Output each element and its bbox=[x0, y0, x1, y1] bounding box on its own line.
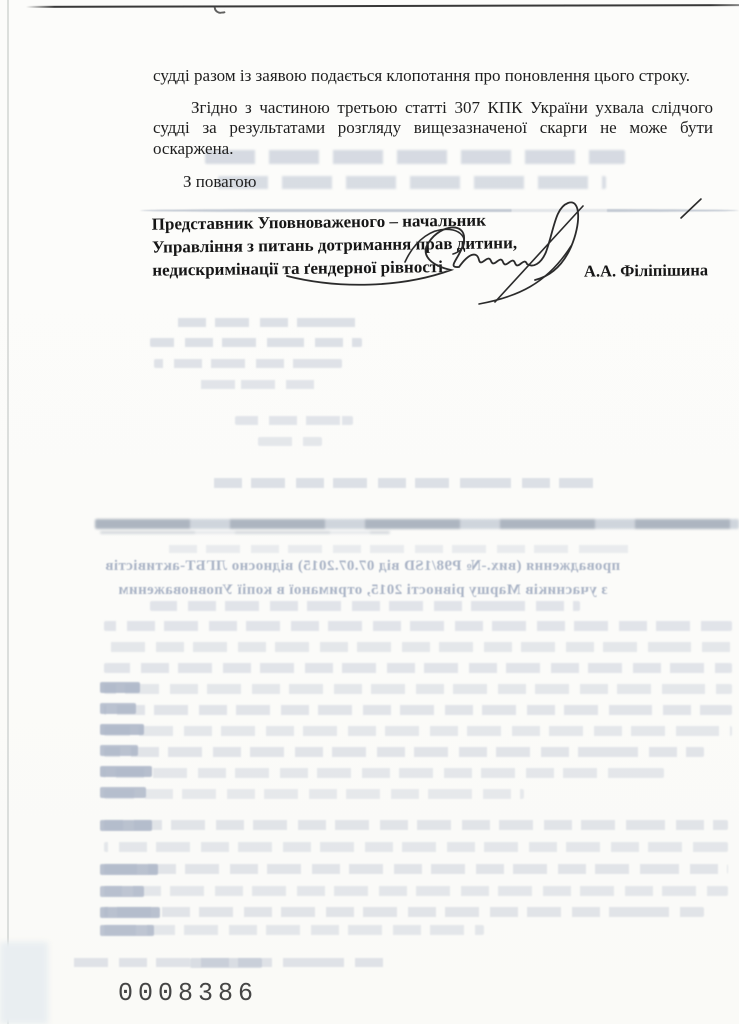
bleed-smudge-line bbox=[104, 768, 664, 778]
bleed-smudge-line bbox=[104, 789, 524, 799]
scan-top-edge-line bbox=[26, 4, 739, 8]
bleed-smudge-line bbox=[100, 724, 144, 735]
bleed-through-text-line: провадження (вих.-№ Р98/1SD від 07.07.20… bbox=[105, 557, 620, 575]
body-paragraph-2: Згідно з частиною третьою статті 307 КПК… bbox=[153, 98, 713, 160]
handwritten-signature bbox=[283, 196, 723, 311]
bleed-through-text-line: з учасників Маршу рівності 2015, отриман… bbox=[118, 581, 607, 599]
bleed-smudge-line bbox=[104, 621, 732, 631]
bleed-smudge-line bbox=[100, 745, 138, 756]
bleed-smudge-line bbox=[104, 864, 728, 874]
bleed-smudge-line bbox=[104, 886, 728, 896]
bleed-smudge-line bbox=[204, 478, 594, 488]
bleed-smudge-line bbox=[154, 359, 342, 368]
bleed-smudge-line bbox=[150, 601, 580, 611]
scanned-document-page: провадження (вих.-№ Р98/1SD від 07.07.20… bbox=[0, 0, 739, 1024]
bleed-smudge-line bbox=[104, 842, 728, 852]
body-paragraph-1: судді разом із заявою подається клопотан… bbox=[153, 66, 713, 87]
bleed-smudge-line bbox=[104, 907, 704, 917]
scan-corner-shadow bbox=[0, 942, 48, 1024]
bleed-smudge-line bbox=[100, 703, 136, 714]
bleed-smudge-line bbox=[104, 726, 732, 736]
bleed-smudge-line bbox=[100, 925, 154, 936]
bleed-smudge-line bbox=[258, 437, 322, 446]
bleed-smudge-line bbox=[160, 545, 630, 553]
bleed-smudge-line bbox=[100, 820, 152, 831]
page-counter-stamp: 0008386 bbox=[118, 979, 258, 1009]
bleed-smudge-line bbox=[104, 747, 704, 757]
bleed-smudge-line bbox=[100, 531, 390, 534]
bleed-smudge-line bbox=[100, 864, 158, 875]
bleed-smudge-line bbox=[100, 787, 146, 798]
bleed-smudge-line bbox=[104, 642, 732, 652]
bleed-smudge-line bbox=[100, 907, 160, 918]
bleed-smudge-line bbox=[235, 416, 353, 425]
bleed-smudge-line bbox=[72, 958, 390, 967]
letter-body: судді разом із заявою подається клопотан… bbox=[153, 66, 713, 159]
scan-left-edge-line bbox=[7, 0, 9, 1024]
bleed-smudge-line bbox=[104, 820, 728, 830]
bleed-smudge-line bbox=[100, 886, 144, 897]
bleed-smudge-line bbox=[100, 766, 152, 777]
bleed-smudge-line bbox=[104, 705, 732, 715]
bleed-smudge-line bbox=[100, 682, 140, 693]
bleed-smudge-line bbox=[104, 663, 732, 673]
bleed-smudge-line bbox=[172, 318, 360, 327]
bleed-smudge-line bbox=[150, 338, 362, 347]
bleed-smudge-line bbox=[197, 380, 319, 389]
bleed-smudge-line bbox=[218, 176, 606, 189]
bleed-smudge-line bbox=[104, 684, 732, 694]
bleed-smudge-line bbox=[190, 958, 262, 968]
bleed-smudge-line bbox=[104, 925, 484, 935]
scan-edge-hook-mark bbox=[213, 5, 225, 14]
bleed-smudge-line bbox=[95, 519, 739, 529]
closing-phrase: З повагою bbox=[183, 172, 256, 192]
